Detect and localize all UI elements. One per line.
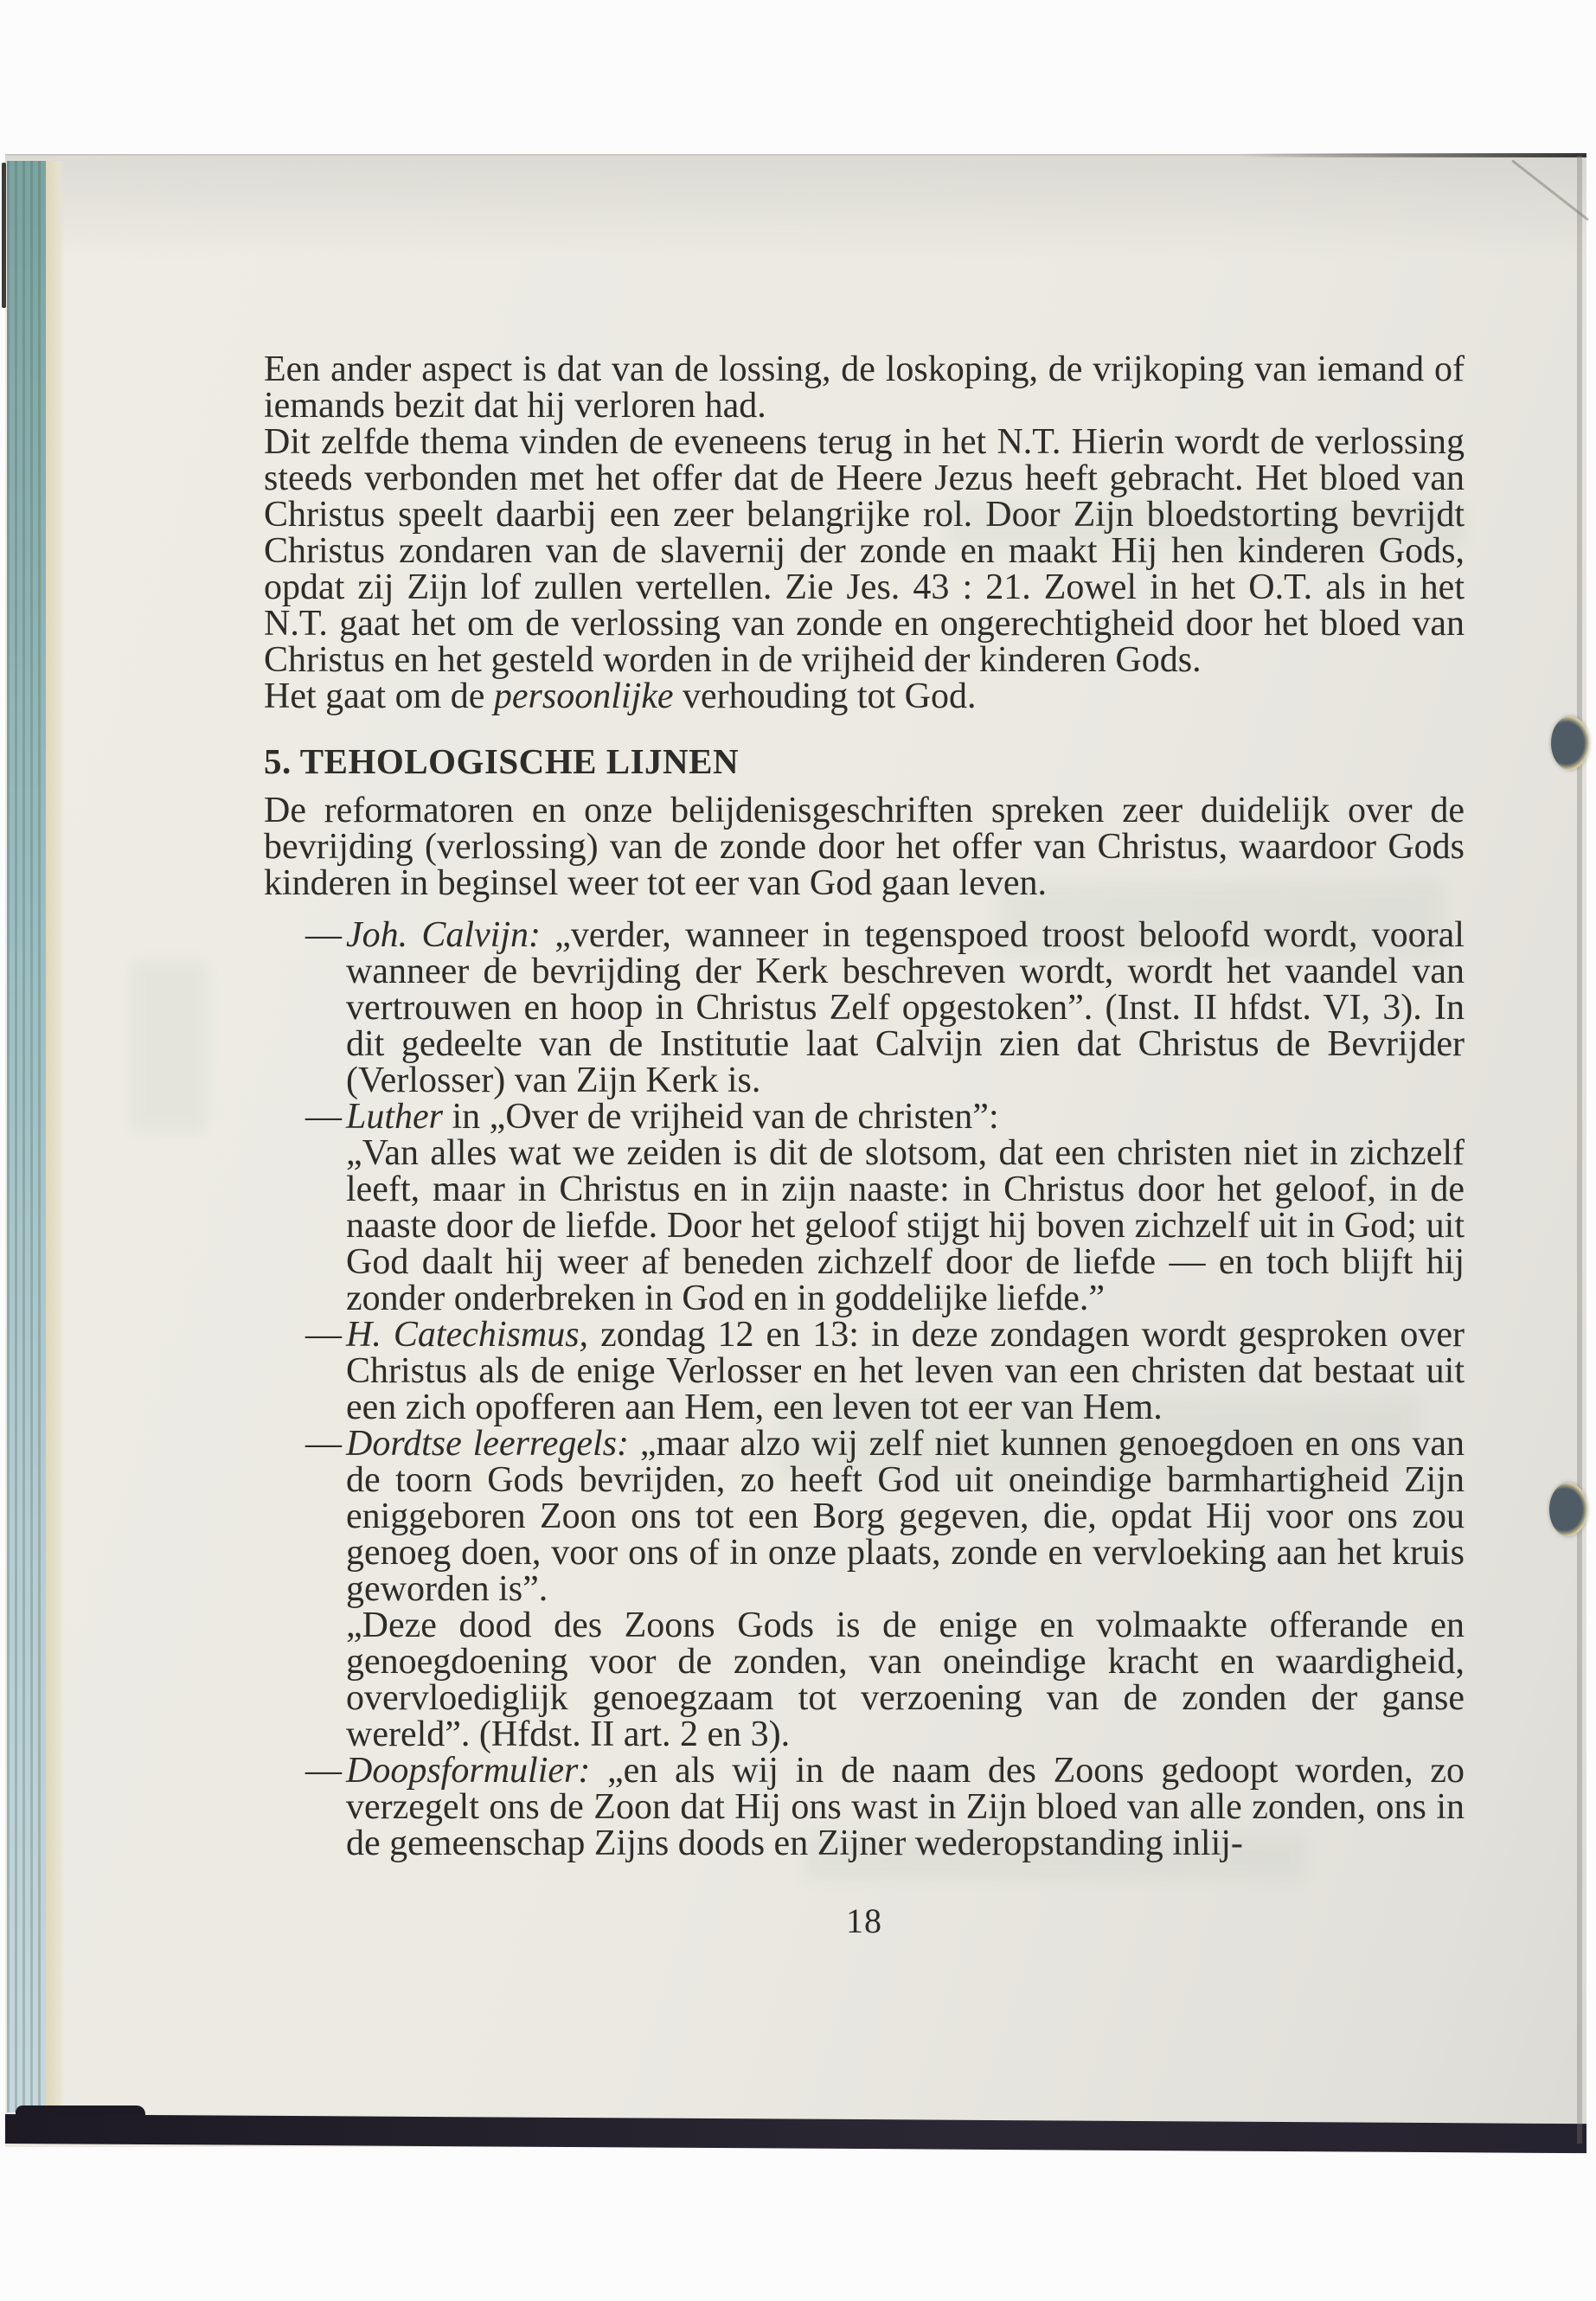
item-dash: — — [305, 1753, 342, 1789]
paragraph-lossing: Een ander aspect is dat van de lossing, … — [264, 351, 1465, 424]
item-paragraph: Luther in „Over de vrijheid van de chris… — [346, 1099, 1465, 1135]
item-dash: — — [305, 917, 342, 953]
paper-right-edge-shadow — [1577, 156, 1582, 2144]
item-quote-paragraph: „Deze dood des Zoons Gods is de enige en… — [346, 1607, 1465, 1753]
item-dash: — — [305, 1317, 342, 1353]
item-dash: — — [305, 1426, 342, 1462]
paragraph-persoonlijke-italic: persoonlijke — [494, 676, 674, 716]
item-paragraph: H. Catechismus, zondag 12 en 13: in deze… — [346, 1317, 1465, 1426]
item-text: in „Over de vrijheid van de christen”: — [443, 1097, 999, 1137]
page-edges-strip — [7, 161, 46, 2112]
item-label: Dordtse leerregels: — [346, 1424, 629, 1464]
item-dash: — — [305, 1099, 342, 1135]
list-item-doopsformulier: — Doopsformulier: „en als wij in de naam… — [264, 1753, 1465, 1862]
item-paragraph: Dordtse leerregels: „maar alzo wij zelf … — [346, 1426, 1465, 1607]
paragraph-persoonlijke: Het gaat om de persoonlijke verhouding t… — [264, 678, 1465, 715]
item-paragraph: Joh. Calvijn: „verder, wanneer in tegens… — [346, 917, 1465, 1099]
paragraph-persoonlijke-post: verhouding tot God. — [674, 676, 977, 716]
show-through-artifact — [130, 960, 208, 1133]
paper-top-edge-line — [1237, 153, 1586, 157]
item-label: Doopsformulier: — [346, 1751, 590, 1791]
spine-shadow — [2, 163, 6, 308]
list-item-catechismus: — H. Catechismus, zondag 12 en 13: in de… — [264, 1317, 1465, 1426]
list-item-luther: — Luther in „Over de vrijheid van de chr… — [264, 1099, 1465, 1317]
body-text: Een ander aspect is dat van de lossing, … — [264, 351, 1465, 1939]
item-label: Joh. Calvijn: — [346, 915, 541, 955]
item-paragraph: Doopsformulier: „en als wij in de naam d… — [346, 1753, 1465, 1862]
list-item-dordtse-leerregels: — Dordtse leerregels: „maar alzo wij zel… — [264, 1426, 1465, 1753]
quotation-list: — Joh. Calvijn: „verder, wanneer in tege… — [264, 917, 1465, 1862]
section-lead-paragraph: De reformatoren en onze belijdenisgeschr… — [264, 792, 1465, 901]
paper-top-shadow — [5, 156, 1586, 260]
page-edge-highlight — [46, 161, 65, 2112]
section-heading: 5. TEHOLOGISCHE LIJNEN — [264, 743, 1465, 779]
punch-hole-bottom — [1549, 1483, 1587, 1536]
item-label: Luther — [346, 1097, 443, 1137]
paragraph-persoonlijke-pre: Het gaat om de — [264, 676, 494, 716]
list-item-calvijn: — Joh. Calvijn: „verder, wanneer in tege… — [264, 917, 1465, 1099]
paragraph-nt-verlossing: Dit zelfde thema vinden de eveneens teru… — [264, 424, 1465, 678]
punch-hole-top — [1551, 716, 1589, 770]
page-number: 18 — [264, 1903, 1465, 1939]
item-label: H. Catechismus, — [346, 1315, 588, 1355]
item-quote-paragraph: „Van alles wat we zeiden is dit de slots… — [346, 1135, 1465, 1317]
